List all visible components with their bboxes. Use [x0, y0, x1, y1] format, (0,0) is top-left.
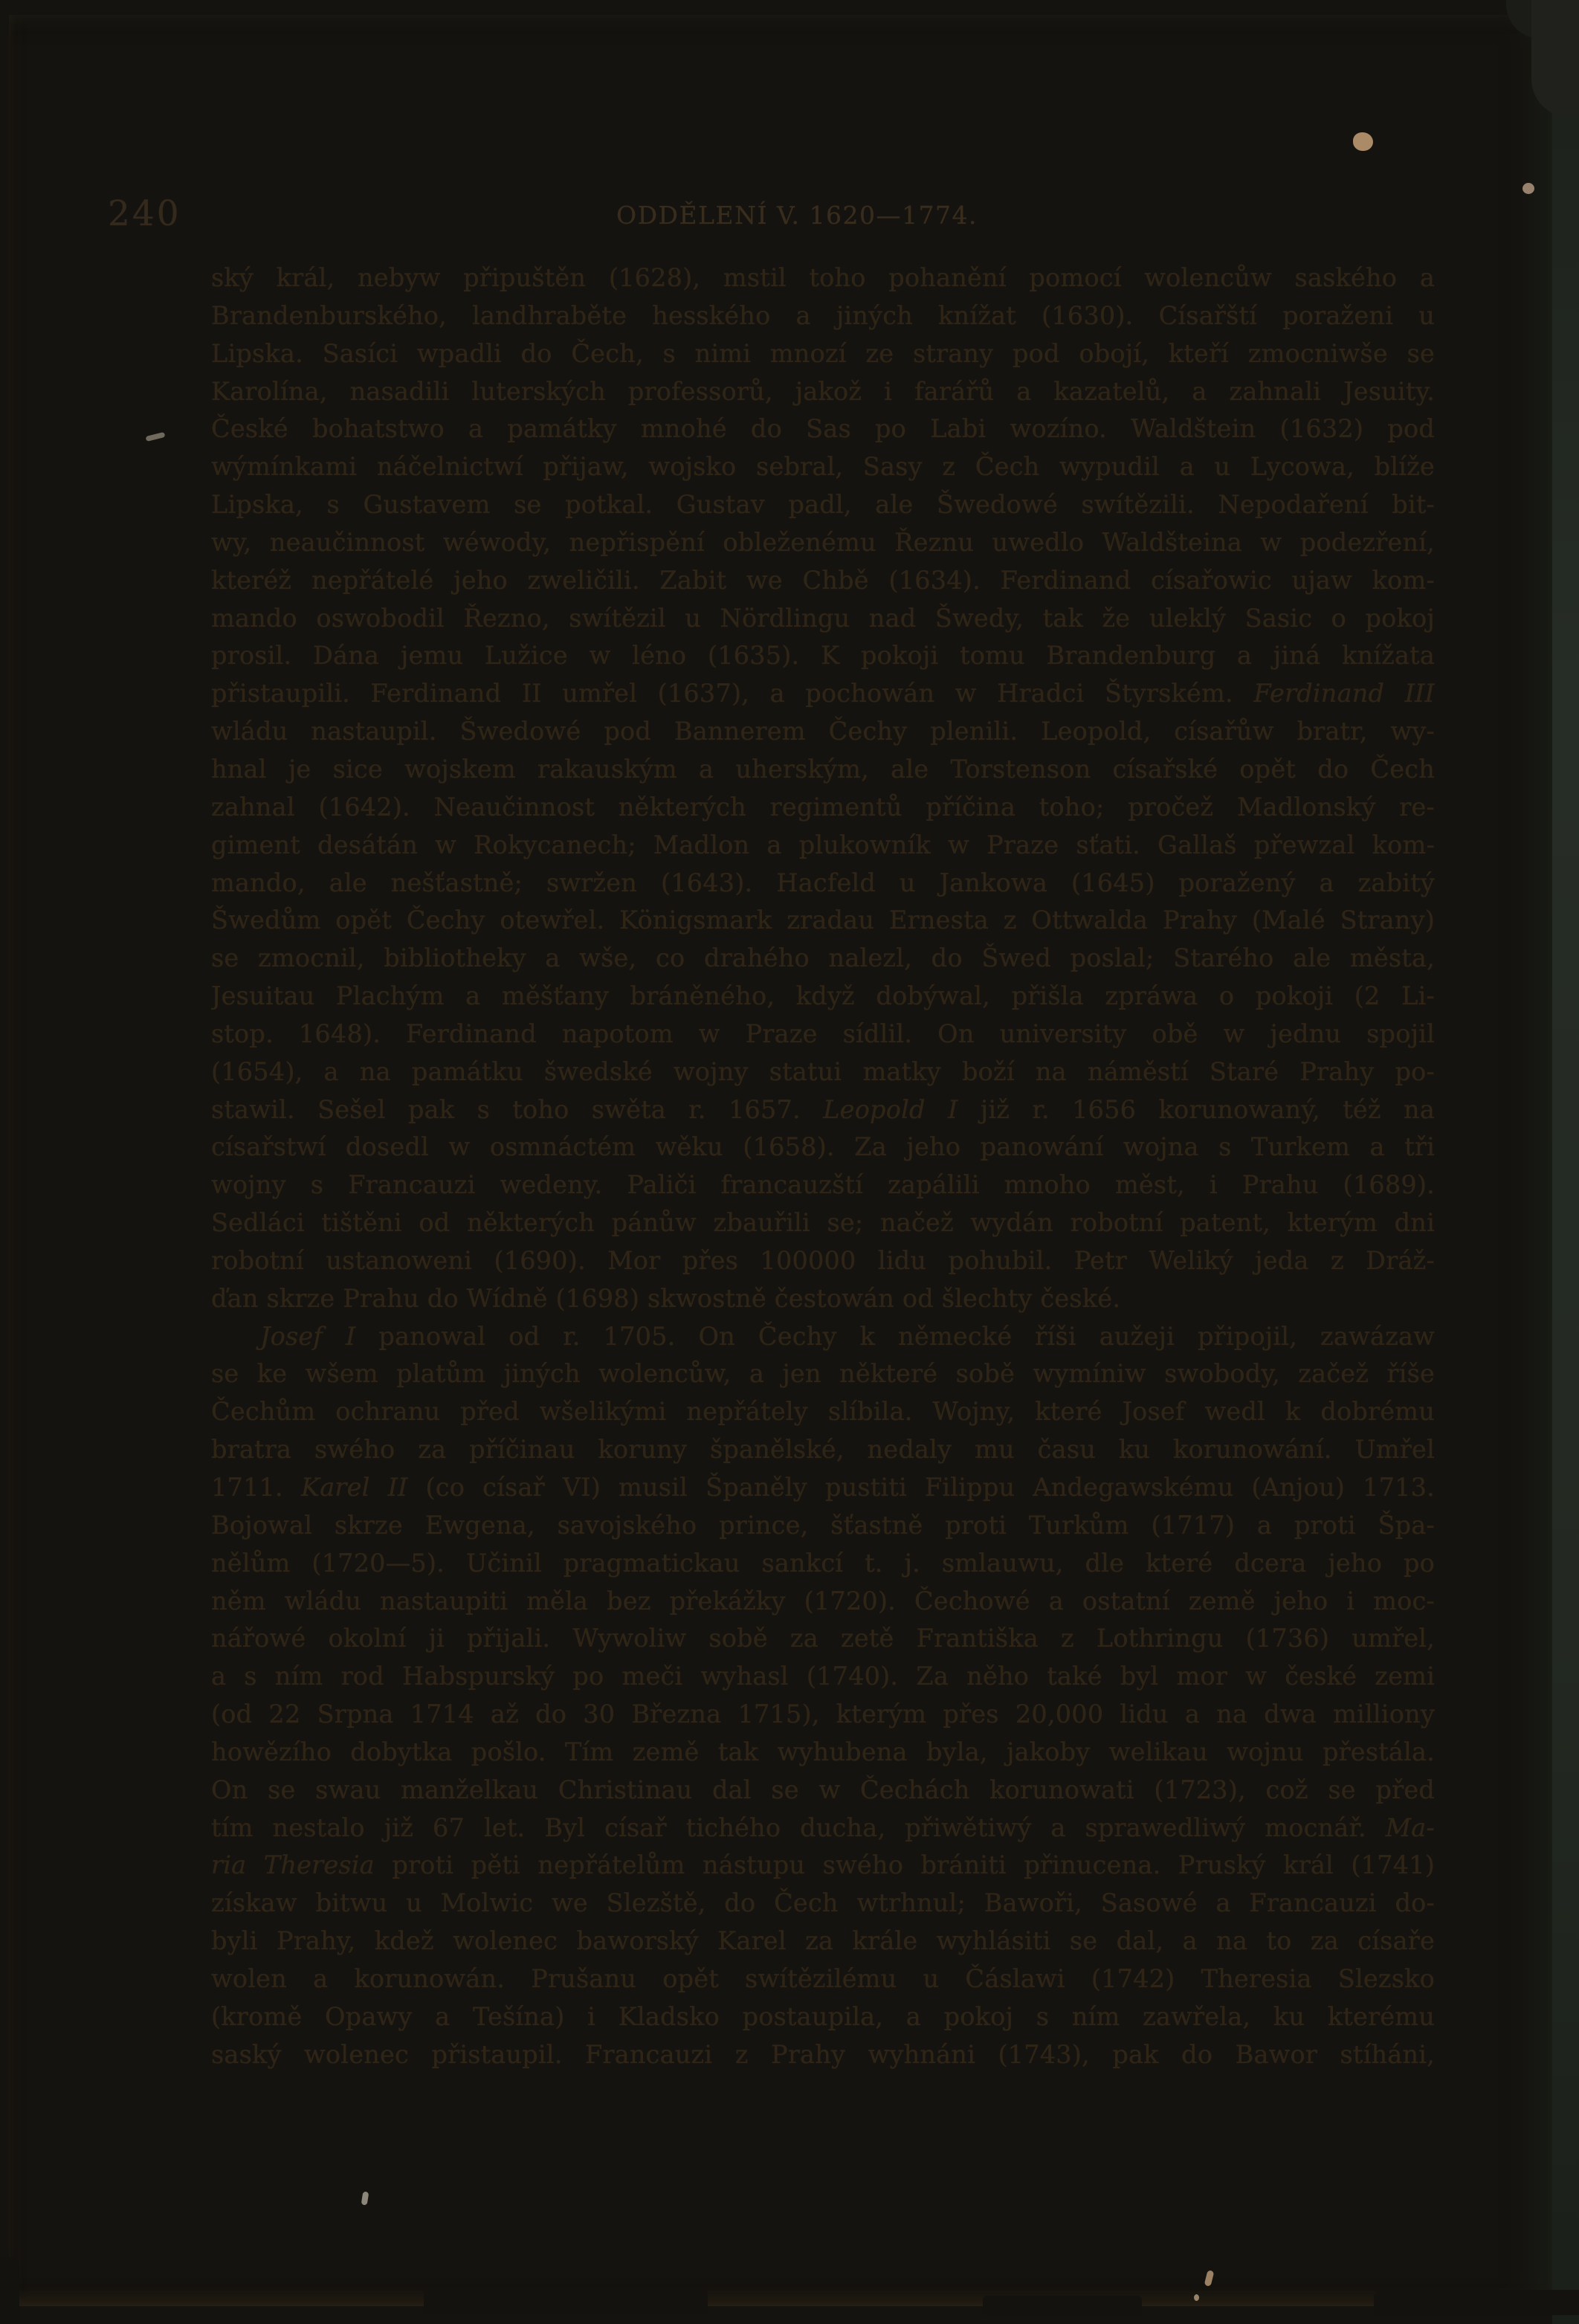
text-line: Šwedům opět Čechy otewřel. Königsmark zr…: [211, 902, 1435, 940]
text-line: Lipska, s Gustavem se potkal. Gustav pad…: [211, 486, 1435, 524]
text-line: byli Prahy, kdež wolenec baworský Karel …: [211, 1923, 1435, 1960]
text-line: wýmínkami náčelnictwí přijaw, wojsko seb…: [211, 448, 1435, 486]
text-line: wolen a korunowán. Prušanu opět swítězil…: [211, 1960, 1435, 1998]
text-line: získaw bitwu u Molwic we Slezště, do Čec…: [211, 1885, 1435, 1923]
text-line: 1711. Karel II (co císař VI) musil Španě…: [211, 1469, 1435, 1507]
text-line: České bohatstwo a památky mnohé do Sas p…: [211, 410, 1435, 448]
scan-corner-shadow: [1531, 0, 1579, 117]
text-line: Čechům ochranu před wšelikými nepřátely …: [211, 1393, 1435, 1431]
text-line: Brandenburského, landhraběte hesského a …: [211, 297, 1435, 335]
ink-speck: [1194, 2294, 1199, 2301]
text-line: Bojowal skrze Ewgena, savojského prince,…: [211, 1507, 1435, 1545]
ink-speck: [1523, 183, 1534, 194]
text-line: Sedláci tištěni od některých pánůw zbauř…: [211, 1204, 1435, 1242]
ink-speck: [1353, 132, 1373, 151]
text-line: ďan skrze Prahu do Wídně (1698) skwostně…: [211, 1280, 1435, 1318]
text-line: Josef I panowal od r. 1705. On Čechy k n…: [211, 1318, 1435, 1356]
text-line: Lipska. Sasíci wpadli do Čech, s nimi mn…: [211, 335, 1435, 373]
page-number: 240: [108, 193, 181, 234]
text-line: se ke wšem platům jiných wolencůw, a jen…: [211, 1355, 1435, 1393]
text-line: tím nestalo již 67 let. Byl císař tichéh…: [211, 1810, 1435, 1847]
text-block: ský král, nebyw připuštěn (1628), mstil …: [211, 259, 1435, 2074]
text-line: zahnal (1642). Neaučinnost některých reg…: [211, 789, 1435, 827]
text-line: mando, ale nešťastně; swržen (1643). Hac…: [211, 865, 1435, 903]
text-line: stawil. Sešel pak s toho swěta r. 1657. …: [211, 1091, 1435, 1129]
text-line: mando oswobodil Řezno, swítězil u Nördli…: [211, 600, 1435, 638]
text-line: Jesuitau Plachým a měšťany bráněného, kd…: [211, 978, 1435, 1016]
text-line: ria Theresia proti pěti nepřátelům nástu…: [211, 1847, 1435, 1885]
text-line: wládu nastaupil. Šwedowé pod Bannerem Če…: [211, 713, 1435, 751]
text-line: wojny s Francauzi wedeny. Paliči francau…: [211, 1166, 1435, 1204]
text-line: ský král, nebyw připuštěn (1628), mstil …: [211, 259, 1435, 297]
text-line: nářowé okolní ji přijali. Wywoliw sobě z…: [211, 1620, 1435, 1658]
scan-edge-shadow: [0, 2257, 19, 2324]
text-line: (1654), a na památku šwedské wojny statu…: [211, 1053, 1435, 1091]
text-line: saský wolenec přistaupil. Francauzi z Pr…: [211, 2036, 1435, 2074]
page-paper: 240 ODDĚLENÍ V. 1620—1774. ský král, neb…: [9, 15, 1552, 2306]
text-line: se zmocnil, bibliotheky a wše, co drahéh…: [211, 940, 1435, 978]
text-line: (kromě Opawy a Tešína) i Kladsko postaup…: [211, 1998, 1435, 2036]
book-scan: { "colors": { "paper": "#ece2d1", "ink":…: [0, 0, 1579, 2324]
text-line: kteréž nepřátelé jeho zweličili. Zabit w…: [211, 562, 1435, 600]
text-line: giment desátán w Rokycanech; Madlon a pl…: [211, 827, 1435, 865]
text-line: hnal je sice wojskem rakauským a uherský…: [211, 751, 1435, 789]
text-line: něm wládu nastaupiti měla bez překážky (…: [211, 1583, 1435, 1621]
text-line: Karolína, nasadili luterských professorů…: [211, 373, 1435, 411]
text-line: bratra swého za příčinau koruny španělsk…: [211, 1431, 1435, 1469]
text-line: (od 22 Srpna 1714 až do 30 Března 1715),…: [211, 1696, 1435, 1734]
book-gutter-shadow: [1552, 0, 1579, 2324]
scan-edge-shadow: [424, 2288, 708, 2314]
text-line: nělům (1720—5). Učinil pragmatickau sank…: [211, 1545, 1435, 1583]
text-line: přistaupili. Ferdinand II umřel (1637), …: [211, 675, 1435, 713]
text-line: prosil. Dána jemu Lužice w léno (1635). …: [211, 637, 1435, 675]
scan-edge-shadow: [983, 2296, 1142, 2315]
text-line: císařstwí dosedl w osmnáctém wěku (1658)…: [211, 1129, 1435, 1166]
text-line: On se swau manželkau Christinau dal se w…: [211, 1772, 1435, 1810]
text-line: wy, neaučinnost wéwody, nepřispění oblež…: [211, 524, 1435, 562]
text-line: howězího dobytka pošlo. Tím země tak wyh…: [211, 1734, 1435, 1772]
text-line: robotní ustanoweni (1690). Mor přes 1000…: [211, 1242, 1435, 1280]
text-line: stop. 1648). Ferdinand napotom w Praze s…: [211, 1016, 1435, 1053]
scan-edge-shadow: [1374, 2290, 1579, 2315]
section-header: ODDĚLENÍ V. 1620—1774.: [210, 201, 1384, 230]
text-line: a s ním rod Habspurský po meči wyhasl (1…: [211, 1658, 1435, 1696]
